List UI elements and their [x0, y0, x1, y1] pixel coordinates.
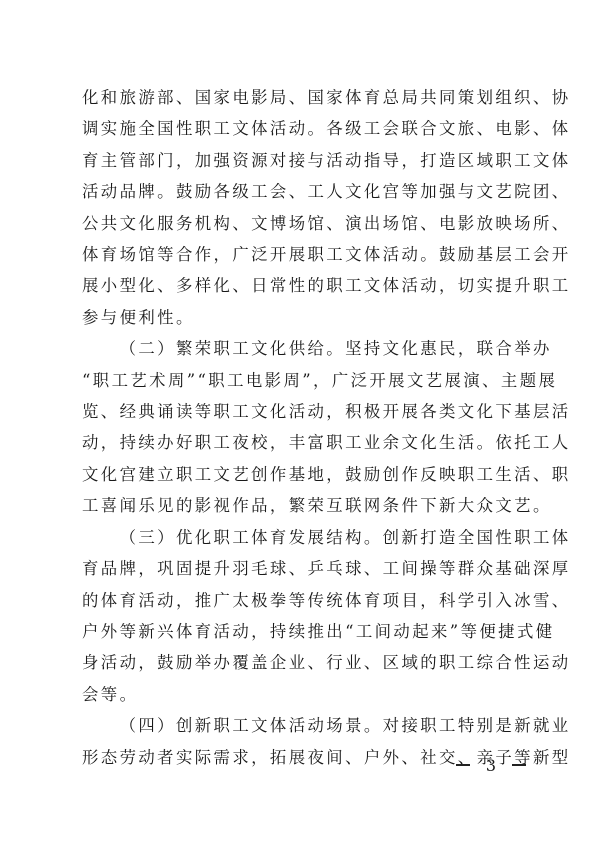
- body-text: 化和旅游部、国家电影局、国家体育总局共同策划组织、协 调实施全国性职工文体活动。…: [82, 82, 534, 773]
- text-line: 调实施全国性职工文体活动。各级工会联合文旅、电影、体: [82, 113, 534, 144]
- text-line: 的体育活动，推广太极拳等传统体育项目，科学引入冰雪、: [82, 585, 534, 616]
- text-line: 身活动，鼓励举办覆盖企业、行业、区域的职工综合性运动: [82, 647, 534, 678]
- em-dash-left: [456, 764, 470, 766]
- text-line: 展小型化、多样化、日常性的职工文体活动，切实提升职工: [82, 270, 534, 301]
- text-line: 览、经典诵读等职工文化活动，积极开展各类文化下基层活: [82, 396, 534, 427]
- text-line: “职工艺术周”“职工电影周”，广泛开展文艺展演、主题展: [82, 365, 534, 396]
- text-line: 体育场馆等合作，广泛开展职工文体活动。鼓励基层工会开: [82, 239, 534, 270]
- paragraph-2-section-heading-er: （二）繁荣职工文化供给。坚持文化惠民，联合举办 “职工艺术周”“职工电影周”，广…: [82, 333, 534, 521]
- text-line: 工喜闻乐见的影视作品，繁荣互联网条件下新大众文艺。: [82, 490, 534, 521]
- text-line: 公共文化服务机构、文博场馆、演出场馆、电影放映场所、: [82, 208, 534, 239]
- text-line: 会等。: [82, 679, 534, 710]
- text-line: 动，持续办好职工夜校，丰富职工业余文化生活。依托工人: [82, 427, 534, 458]
- text-line: 育品牌，巩固提升羽毛球、乒乓球、工间操等群众基础深厚: [82, 553, 534, 584]
- page-number-footer: 3: [456, 753, 526, 777]
- text-line: 参与便利性。: [82, 302, 534, 333]
- text-line: 活动品牌。鼓励各级工会、工人文化宫等加强与文艺院团、: [82, 176, 534, 207]
- text-line-indented: （二）繁荣职工文化供给。坚持文化惠民，联合举办: [82, 333, 534, 364]
- text-line-indented: （三）优化职工体育发展结构。创新打造全国性职工体: [82, 522, 534, 553]
- text-line: 育主管部门，加强资源对接与活动指导，打造区域职工文体: [82, 145, 534, 176]
- text-line: 文化宫建立职工文艺创作基地，鼓励创作反映职工生活、职: [82, 459, 534, 490]
- page-number: 3: [486, 756, 496, 775]
- text-line-indented: （四）创新职工文体活动场景。对接职工特别是新就业: [82, 710, 534, 741]
- em-dash-right: [512, 764, 526, 766]
- paragraph-3-section-heading-san: （三）优化职工体育发展结构。创新打造全国性职工体 育品牌，巩固提升羽毛球、乒乓球…: [82, 522, 534, 710]
- text-line: 化和旅游部、国家电影局、国家体育总局共同策划组织、协: [82, 82, 534, 113]
- paragraph-1: 化和旅游部、国家电影局、国家体育总局共同策划组织、协 调实施全国性职工文体活动。…: [82, 82, 534, 333]
- text-line: 户外等新兴体育活动，持续推出“工间动起来”等便捷式健: [82, 616, 534, 647]
- document-page: 化和旅游部、国家电影局、国家体育总局共同策划组织、协 调实施全国性职工文体活动。…: [0, 0, 614, 841]
